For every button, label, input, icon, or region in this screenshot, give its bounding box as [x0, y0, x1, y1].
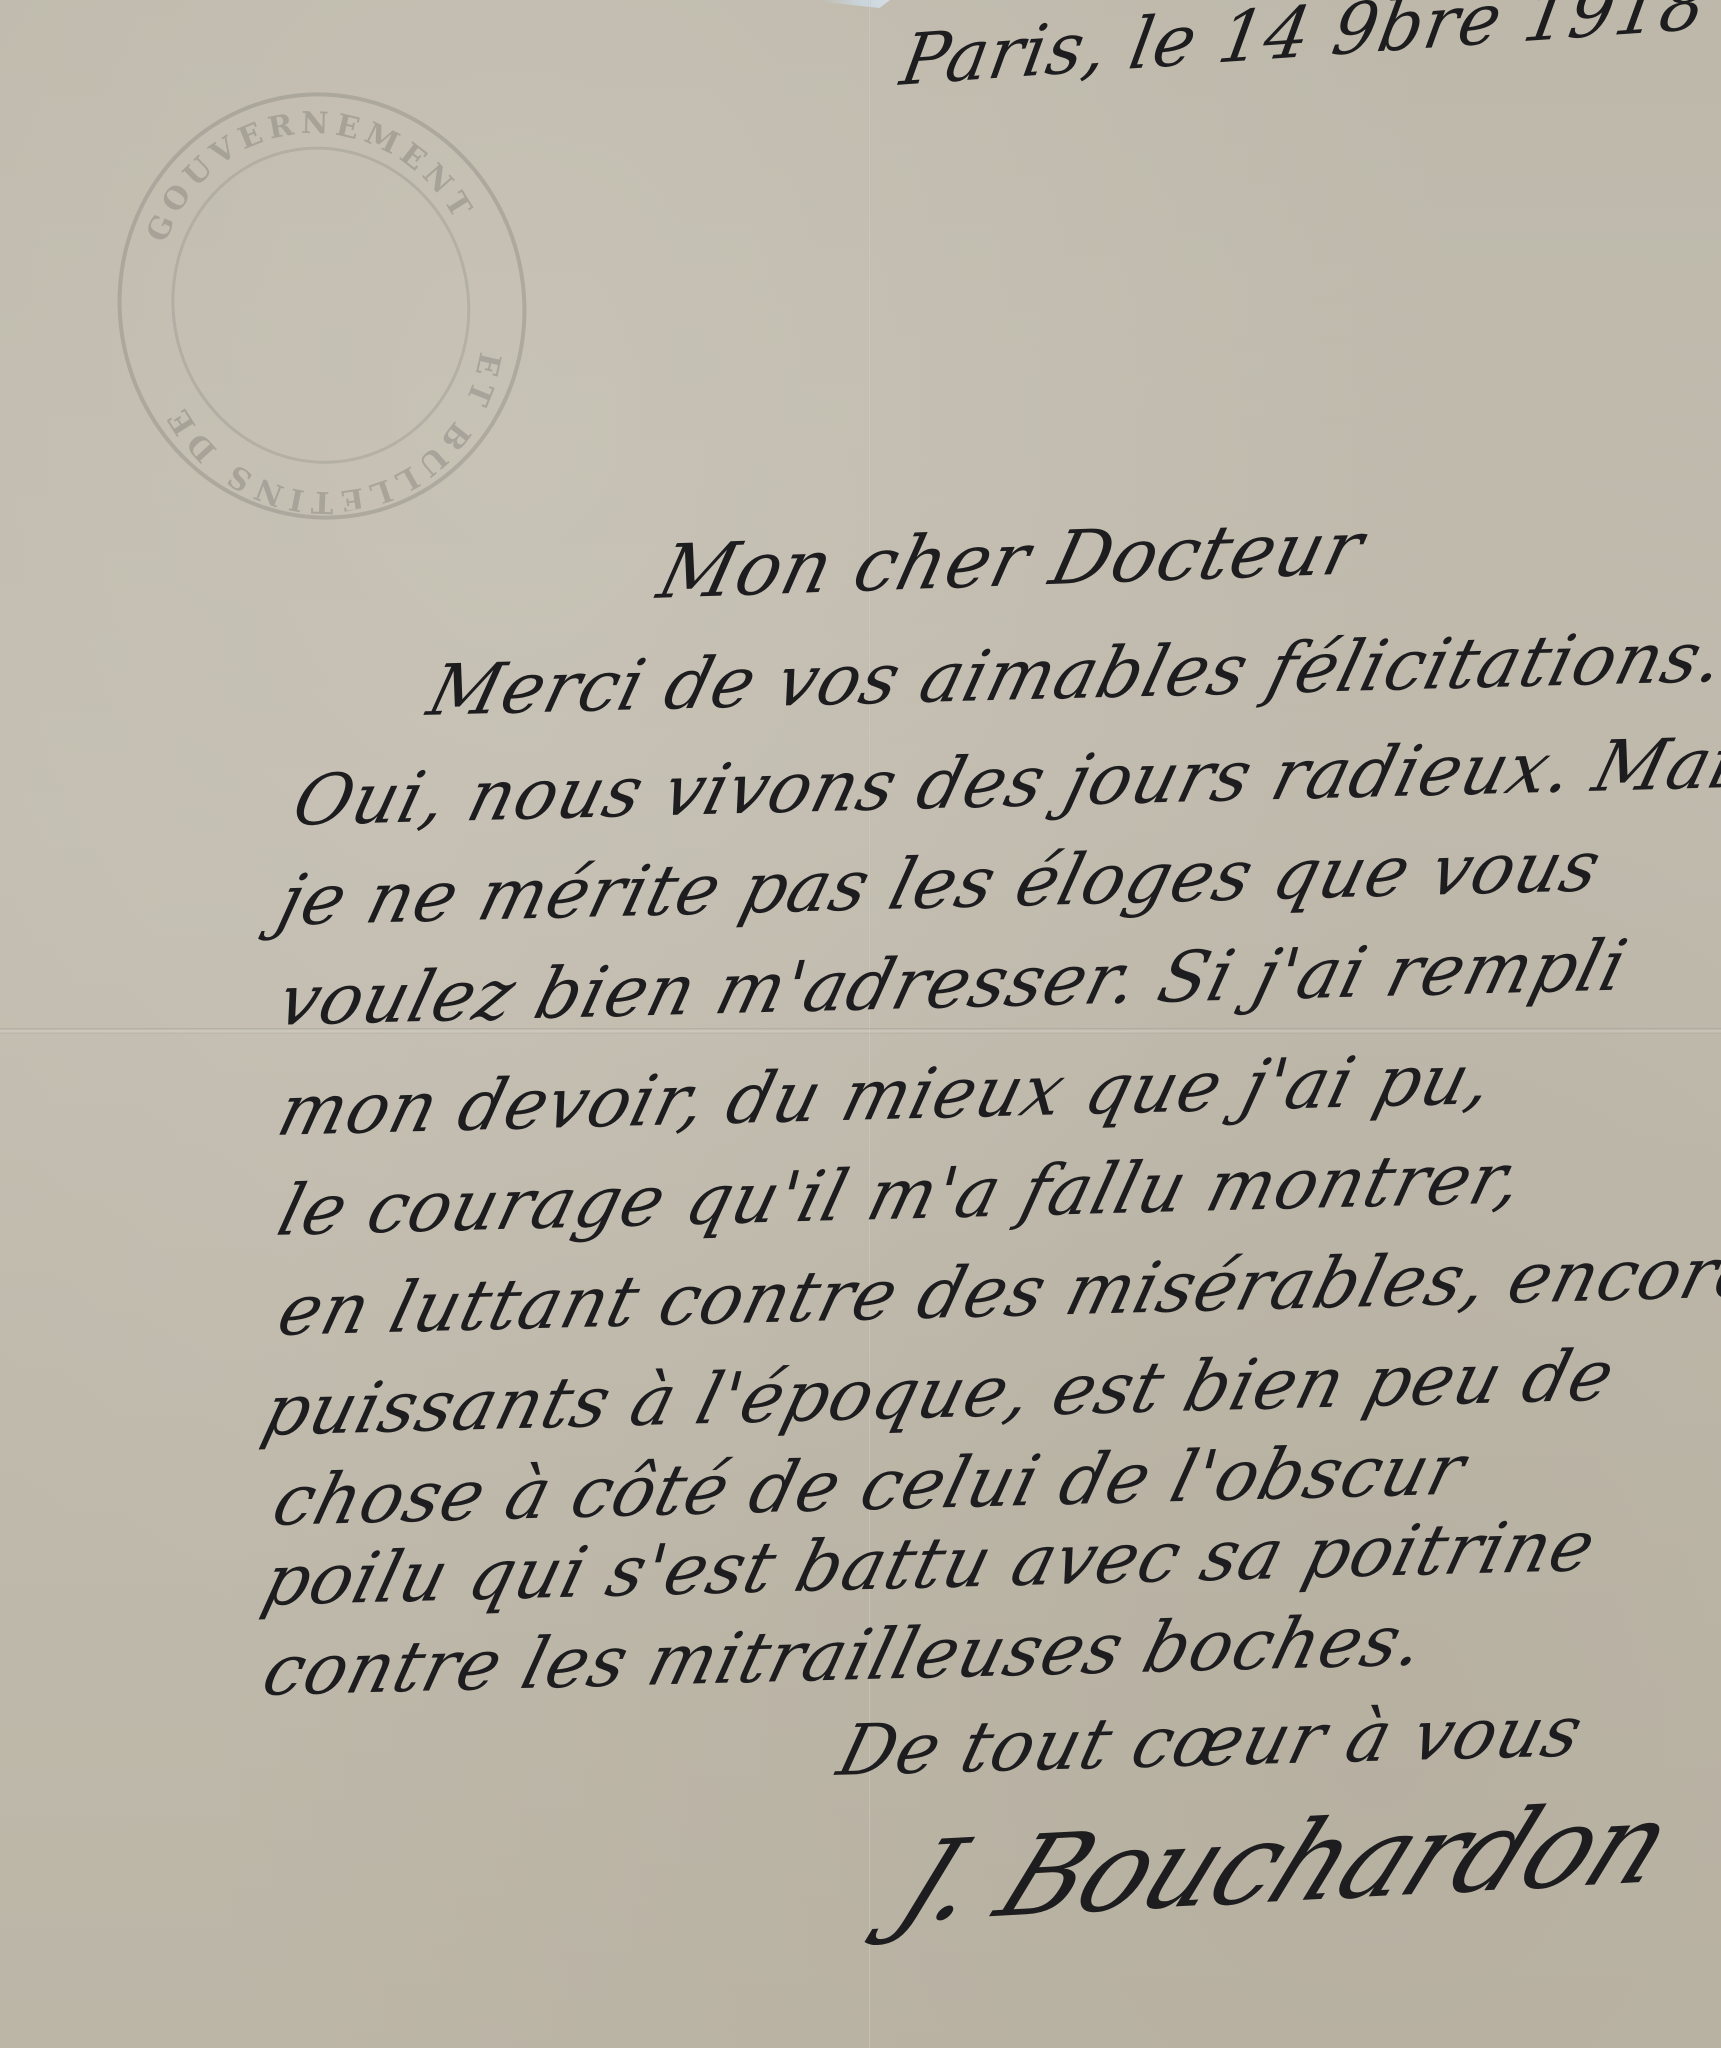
- body-line: Oui, nous vivons des jours radieux. Mais: [285, 721, 1721, 842]
- dateline: Paris, le 14 9bre 1918: [895, 0, 1714, 102]
- svg-text:ET BULLETINS DE: ET BULLETINS DE: [156, 331, 534, 550]
- body-line: le courage qu'il m'a fallu montrer,: [270, 1137, 1532, 1252]
- stamp-text-ring-icon: GOUVERNEMENT ET BULLETINS DE: [78, 56, 557, 550]
- signature: J. Bouchardon: [880, 1777, 1690, 1948]
- letter-sheet: GOUVERNEMENT ET BULLETINS DE Paris, le 1…: [0, 0, 1721, 2048]
- background-gap: [820, 0, 890, 8]
- svg-text:GOUVERNEMENT: GOUVERNEMENT: [121, 73, 484, 293]
- stamp-text-top: GOUVERNEMENT: [121, 73, 484, 293]
- body-line: voulez bien m'adresser. Si j'ai rempli: [270, 924, 1636, 1042]
- body-line: je ne mérite pas les éloges que vous: [270, 825, 1610, 942]
- body-line: en luttant contre des misérables, encore: [270, 1231, 1721, 1352]
- closing-phrase: De tout cœur à vous: [830, 1690, 1592, 1792]
- stamp-text-bottom: ET BULLETINS DE: [156, 331, 534, 550]
- body-line: Merci de vos aimables félicitations.: [420, 616, 1721, 732]
- stamp-inner-ring: [142, 119, 500, 492]
- horizontal-fold-line: [0, 1028, 1721, 1034]
- official-stamp: GOUVERNEMENT ET BULLETINS DE: [78, 54, 566, 557]
- body-line: mon devoir, du mieux que j'ai pu,: [270, 1038, 1503, 1152]
- salutation: Mon cher Docteur: [650, 505, 1372, 616]
